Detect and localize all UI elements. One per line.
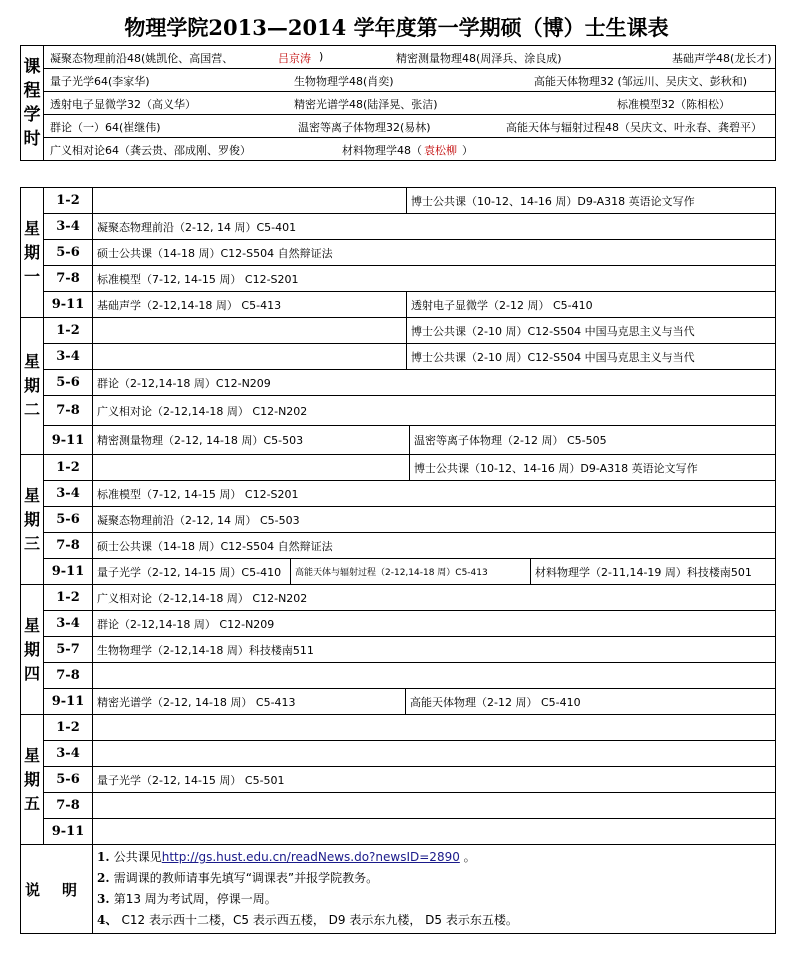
course-hours-row: 量子光学64(李家华)生物物理学48(肖奕)高能天体物理32 (邹远川、吴庆文、… bbox=[21, 69, 776, 92]
period-label: 5-6 bbox=[44, 240, 93, 266]
notes-row: 说明1. 公共课见http://gs.hust.edu.cn/readNews.… bbox=[21, 845, 776, 934]
course-entry: ） bbox=[462, 142, 473, 158]
schedule-row: 7-8标准模型（7-12, 14-15 周） C12-S201 bbox=[21, 266, 776, 292]
day-char: 期 bbox=[21, 241, 43, 265]
course-entry: 吕京涛 bbox=[278, 50, 311, 66]
schedule-row: 5-6凝聚态物理前沿（2-12, 14 周） C5-503 bbox=[21, 507, 776, 533]
period-label: 7-8 bbox=[44, 396, 93, 426]
class-cell: 标准模型（7-12, 14-15 周） C12-S201 bbox=[93, 266, 776, 292]
class-cell: 群论（2-12,14-18 周）C12-N209 bbox=[93, 370, 776, 396]
schedule-row: 9-11基础声学（2-12,14-18 周） C5-413透射电子显微学（2-1… bbox=[21, 292, 776, 318]
course-entry: 精密光谱学48(陆泽晃、张洁) bbox=[294, 96, 438, 112]
course-entry: 凝聚态物理前沿48(姚凯伦、高国营、 bbox=[50, 50, 233, 66]
period-label: 7-8 bbox=[44, 663, 93, 689]
schedule-row: 5-6硕士公共课（14-18 周）C12-S504 自然辩证法 bbox=[21, 240, 776, 266]
day-char: 期 bbox=[21, 374, 43, 398]
day-char: 四 bbox=[21, 662, 43, 686]
empty-slot bbox=[93, 741, 761, 766]
period-label: 9-11 bbox=[44, 292, 93, 318]
schedule-row: 星期五1-2 bbox=[21, 715, 776, 741]
class-cell bbox=[93, 741, 776, 767]
note-item: 1. 公共课见http://gs.hust.edu.cn/readNews.do… bbox=[97, 847, 771, 868]
period-label: 7-8 bbox=[44, 266, 93, 292]
class-cell: 精密光谱学（2-12, 14-18 周） C5-413高能天体物理（2-12 周… bbox=[93, 689, 776, 715]
period-label: 5-6 bbox=[44, 370, 93, 396]
class-entry: 博士公共课（10-12、14-16 周）D9-A318 英语论文写作 bbox=[409, 455, 761, 480]
schedule-row: 3-4凝聚态物理前沿（2-12, 14 周）C5-401 bbox=[21, 214, 776, 240]
class-entry: 生物物理学（2-12,14-18 周）科技楼南511 bbox=[93, 637, 761, 662]
course-entry: 透射电子显微学32（高义华） bbox=[50, 96, 196, 112]
empty-slot bbox=[93, 793, 761, 818]
course-entry: 群论（一）64(崔继伟) bbox=[50, 119, 161, 135]
class-cell: 凝聚态物理前沿（2-12, 14 周） C5-503 bbox=[93, 507, 776, 533]
course-entry: 标准模型32（陈相松） bbox=[617, 96, 730, 112]
day-label: 星期四 bbox=[21, 585, 44, 715]
class-entry: 精密光谱学（2-12, 14-18 周） C5-413 bbox=[93, 689, 405, 714]
course-hours-line: 广义相对论64（龚云贵、邵成刚、罗俊）材料物理学48（袁松柳） bbox=[44, 138, 775, 160]
class-cell: 群论（2-12,14-18 周） C12-N209 bbox=[93, 611, 776, 637]
day-char: 期 bbox=[21, 508, 43, 532]
note-number: 4、 bbox=[97, 913, 122, 927]
schedule-row: 3-4博士公共课（2-10 周）C12-S504 中国马克思主义与当代 bbox=[21, 344, 776, 370]
class-entry: 标准模型（7-12, 14-15 周） C12-S201 bbox=[93, 266, 761, 291]
period-label: 9-11 bbox=[44, 819, 93, 845]
notes-cell: 1. 公共课见http://gs.hust.edu.cn/readNews.do… bbox=[93, 845, 776, 934]
class-cell: 广义相对论（2-12,14-18 周） C12-N202 bbox=[93, 585, 776, 611]
class-entry: 博士公共课（2-10 周）C12-S504 中国马克思主义与当代 bbox=[406, 318, 761, 343]
class-cell bbox=[93, 819, 776, 845]
course-hours-row: 课程学时凝聚态物理前沿48(姚凯伦、高国营、吕京涛)精密测量物理48(周泽兵、涂… bbox=[21, 46, 776, 69]
period-label: 3-4 bbox=[44, 214, 93, 240]
day-char: 三 bbox=[21, 532, 43, 556]
period-label: 1-2 bbox=[44, 585, 93, 611]
course-entry: ) bbox=[319, 50, 323, 63]
class-cell: 生物物理学（2-12,14-18 周）科技楼南511 bbox=[93, 637, 776, 663]
class-cell: 广义相对论（2-12,14-18 周） C12-N202 bbox=[93, 396, 776, 426]
empty-slot bbox=[93, 715, 761, 740]
empty-slot bbox=[93, 455, 409, 480]
empty-slot bbox=[93, 318, 406, 343]
day-char: 二 bbox=[21, 398, 43, 422]
note-text: 第13 周为考试周，停课一周。 bbox=[114, 892, 277, 906]
day-char: 期 bbox=[21, 638, 43, 662]
schedule-row: 3-4标准模型（7-12, 14-15 周） C12-S201 bbox=[21, 481, 776, 507]
schedule-row: 9-11精密测量物理（2-12, 14-18 周）C5-503温密等离子体物理（… bbox=[21, 426, 776, 455]
note-item: 4、 C12 表示西十二楼，C5 表示西五楼， D9 表示东九楼， D5 表示东… bbox=[97, 910, 771, 931]
period-label: 5-6 bbox=[44, 507, 93, 533]
schedule-row: 3-4 bbox=[21, 741, 776, 767]
schedule-row: 7-8硕士公共课（14-18 周）C12-S504 自然辩证法 bbox=[21, 533, 776, 559]
day-char: 星 bbox=[21, 744, 43, 768]
course-hours-line: 透射电子显微学32（高义华）精密光谱学48(陆泽晃、张洁)标准模型32（陈相松） bbox=[44, 92, 775, 114]
note-text: 需调课的教师请事先填写“调课表”并报学院教务。 bbox=[114, 871, 378, 885]
class-entry: 凝聚态物理前沿（2-12, 14 周） C5-503 bbox=[93, 507, 761, 532]
note-item: 3. 第13 周为考试周，停课一周。 bbox=[97, 889, 771, 910]
course-hours-line: 量子光学64(李家华)生物物理学48(肖奕)高能天体物理32 (邹远川、吴庆文、… bbox=[44, 69, 775, 91]
course-entry: 材料物理学48（ bbox=[342, 142, 422, 158]
schedule-row: 5-6量子光学（2-12, 14-15 周） C5-501 bbox=[21, 767, 776, 793]
day-label: 星期二 bbox=[21, 318, 44, 455]
class-cell: 硕士公共课（14-18 周）C12-S504 自然辩证法 bbox=[93, 240, 776, 266]
class-entry: 群论（2-12,14-18 周）C12-N209 bbox=[93, 370, 761, 395]
course-entry: 袁松柳 bbox=[424, 142, 457, 158]
period-label: 9-11 bbox=[44, 689, 93, 715]
course-entry: 精密测量物理48(周泽兵、涂良成) bbox=[396, 50, 562, 66]
period-label: 5-7 bbox=[44, 637, 93, 663]
note-text: 公共课见 bbox=[114, 850, 162, 864]
day-char: 一 bbox=[21, 265, 43, 289]
day-char: 星 bbox=[21, 350, 43, 374]
course-entry: 温密等离子体物理32(易林) bbox=[298, 119, 431, 135]
class-cell bbox=[93, 793, 776, 819]
day-label: 星期三 bbox=[21, 455, 44, 585]
course-hours-table: 课程学时凝聚态物理前沿48(姚凯伦、高国营、吕京涛)精密测量物理48(周泽兵、涂… bbox=[20, 45, 776, 161]
schedule-row: 星期二1-2博士公共课（2-10 周）C12-S504 中国马克思主义与当代 bbox=[21, 318, 776, 344]
course-entry: 量子光学64(李家华) bbox=[50, 73, 150, 89]
empty-slot bbox=[93, 819, 761, 844]
day-char: 星 bbox=[21, 484, 43, 508]
notice-link[interactable]: http://gs.hust.edu.cn/readNews.do?newsID… bbox=[162, 850, 460, 864]
class-entry: 广义相对论（2-12,14-18 周） C12-N202 bbox=[93, 396, 761, 425]
course-hours-row: 群论（一）64(崔继伟)温密等离子体物理32(易林)高能天体与辐射过程48（吴庆… bbox=[21, 115, 776, 138]
period-label: 7-8 bbox=[44, 533, 93, 559]
schedule-row: 9-11量子光学（2-12, 14-15 周）C5-410高能天体与辐射过程（2… bbox=[21, 559, 776, 585]
period-label: 3-4 bbox=[44, 611, 93, 637]
period-label: 1-2 bbox=[44, 318, 93, 344]
note-text: 。 bbox=[460, 850, 476, 864]
day-char: 星 bbox=[21, 217, 43, 241]
schedule-row: 星期一1-2博士公共课（10-12、14-16 周）D9-A318 英语论文写作 bbox=[21, 188, 776, 214]
empty-slot bbox=[93, 344, 406, 369]
class-cell: 博士公共课（2-10 周）C12-S504 中国马克思主义与当代 bbox=[93, 344, 776, 370]
label-char: 学 bbox=[21, 103, 43, 127]
day-char: 星 bbox=[21, 614, 43, 638]
notes-label: 说明 bbox=[21, 845, 93, 934]
course-entry: 基础声学48(龙长才) bbox=[672, 50, 772, 66]
schedule-row: 3-4群论（2-12,14-18 周） C12-N209 bbox=[21, 611, 776, 637]
class-entry: 博士公共课（10-12、14-16 周）D9-A318 英语论文写作 bbox=[406, 188, 761, 213]
period-label: 1-2 bbox=[44, 455, 93, 481]
day-char: 五 bbox=[21, 792, 43, 816]
empty-slot bbox=[93, 663, 761, 688]
class-cell: 凝聚态物理前沿（2-12, 14 周）C5-401 bbox=[93, 214, 776, 240]
class-entry: 材料物理学（2-11,14-19 周）科技楼南501 bbox=[530, 559, 761, 584]
class-entry: 量子光学（2-12, 14-15 周）C5-410 bbox=[93, 559, 290, 584]
note-number: 2. bbox=[97, 871, 114, 885]
note-number: 3. bbox=[97, 892, 114, 906]
weekly-schedule-table: 星期一1-2博士公共课（10-12、14-16 周）D9-A318 英语论文写作… bbox=[20, 187, 776, 934]
course-hours-line: 群论（一）64(崔继伟)温密等离子体物理32(易林)高能天体与辐射过程48（吴庆… bbox=[44, 115, 775, 137]
schedule-row: 5-7生物物理学（2-12,14-18 周）科技楼南511 bbox=[21, 637, 776, 663]
course-hours-row: 透射电子显微学32（高义华）精密光谱学48(陆泽晃、张洁)标准模型32（陈相松） bbox=[21, 92, 776, 115]
class-entry: 群论（2-12,14-18 周） C12-N209 bbox=[93, 611, 761, 636]
class-entry: 硕士公共课（14-18 周）C12-S504 自然辩证法 bbox=[93, 240, 761, 265]
page-title: 物理学院2013—2014 学年度第一学期硕（博）士生课表 bbox=[0, 12, 793, 42]
period-label: 7-8 bbox=[44, 793, 93, 819]
day-label: 星期一 bbox=[21, 188, 44, 318]
class-cell: 博士公共课（2-10 周）C12-S504 中国马克思主义与当代 bbox=[93, 318, 776, 344]
schedule-row: 7-8 bbox=[21, 663, 776, 689]
schedule-row: 5-6群论（2-12,14-18 周）C12-N209 bbox=[21, 370, 776, 396]
class-entry: 博士公共课（2-10 周）C12-S504 中国马克思主义与当代 bbox=[406, 344, 761, 369]
class-entry: 硕士公共课（14-18 周）C12-S504 自然辩证法 bbox=[93, 533, 761, 558]
course-hours-line: 凝聚态物理前沿48(姚凯伦、高国营、吕京涛)精密测量物理48(周泽兵、涂良成)基… bbox=[44, 46, 775, 68]
course-hours-label: 课程学时 bbox=[21, 46, 44, 161]
period-label: 5-6 bbox=[44, 767, 93, 793]
course-hours-cell: 透射电子显微学32（高义华）精密光谱学48(陆泽晃、张洁)标准模型32（陈相松） bbox=[44, 92, 776, 115]
period-label: 3-4 bbox=[44, 344, 93, 370]
class-entry: 基础声学（2-12,14-18 周） C5-413 bbox=[93, 292, 406, 317]
period-label: 1-2 bbox=[44, 715, 93, 741]
class-cell: 基础声学（2-12,14-18 周） C5-413透射电子显微学（2-12 周）… bbox=[93, 292, 776, 318]
class-entry: 高能天体与辐射过程（2-12,14-18 周）C5-413 bbox=[290, 559, 530, 584]
class-entry: 精密测量物理（2-12, 14-18 周）C5-503 bbox=[93, 426, 409, 454]
class-cell: 精密测量物理（2-12, 14-18 周）C5-503温密等离子体物理（2-12… bbox=[93, 426, 776, 455]
course-hours-cell: 广义相对论64（龚云贵、邵成刚、罗俊）材料物理学48（袁松柳） bbox=[44, 138, 776, 161]
course-hours-cell: 量子光学64(李家华)生物物理学48(肖奕)高能天体物理32 (邹远川、吴庆文、… bbox=[44, 69, 776, 92]
period-label: 3-4 bbox=[44, 741, 93, 767]
class-cell bbox=[93, 663, 776, 689]
course-entry: 生物物理学48(肖奕) bbox=[294, 73, 394, 89]
class-cell: 博士公共课（10-12、14-16 周）D9-A318 英语论文写作 bbox=[93, 188, 776, 214]
empty-slot bbox=[93, 188, 406, 213]
course-entry: 高能天体与辐射过程48（吴庆文、叶永春、龚碧平） bbox=[506, 119, 762, 135]
class-entry: 凝聚态物理前沿（2-12, 14 周）C5-401 bbox=[93, 214, 761, 239]
note-number: 1. bbox=[97, 850, 114, 864]
class-entry: 标准模型（7-12, 14-15 周） C12-S201 bbox=[93, 481, 761, 506]
class-cell: 标准模型（7-12, 14-15 周） C12-S201 bbox=[93, 481, 776, 507]
class-entry: 透射电子显微学（2-12 周） C5-410 bbox=[406, 292, 761, 317]
course-entry: 高能天体物理32 (邹远川、吴庆文、彭秋和) bbox=[534, 73, 747, 89]
class-entry: 高能天体物理（2-12 周） C5-410 bbox=[405, 689, 761, 714]
label-char: 程 bbox=[21, 79, 43, 103]
period-label: 1-2 bbox=[44, 188, 93, 214]
label-char: 时 bbox=[21, 127, 43, 151]
schedule-row: 7-8广义相对论（2-12,14-18 周） C12-N202 bbox=[21, 396, 776, 426]
course-hours-cell: 群论（一）64(崔继伟)温密等离子体物理32(易林)高能天体与辐射过程48（吴庆… bbox=[44, 115, 776, 138]
class-cell: 硕士公共课（14-18 周）C12-S504 自然辩证法 bbox=[93, 533, 776, 559]
course-hours-row: 广义相对论64（龚云贵、邵成刚、罗俊）材料物理学48（袁松柳） bbox=[21, 138, 776, 161]
period-label: 3-4 bbox=[44, 481, 93, 507]
day-char: 期 bbox=[21, 768, 43, 792]
schedule-row: 星期四1-2广义相对论（2-12,14-18 周） C12-N202 bbox=[21, 585, 776, 611]
schedule-row: 9-11精密光谱学（2-12, 14-18 周） C5-413高能天体物理（2-… bbox=[21, 689, 776, 715]
class-entry: 温密等离子体物理（2-12 周） C5-505 bbox=[409, 426, 761, 454]
note-text: C12 表示西十二楼，C5 表示西五楼， D9 表示东九楼， D5 表示东五楼。 bbox=[122, 913, 518, 927]
class-entry: 广义相对论（2-12,14-18 周） C12-N202 bbox=[93, 585, 761, 610]
course-entry: 广义相对论64（龚云贵、邵成刚、罗俊） bbox=[50, 142, 251, 158]
label-char: 课 bbox=[21, 55, 43, 79]
schedule-row: 9-11 bbox=[21, 819, 776, 845]
schedule-row: 星期三1-2博士公共课（10-12、14-16 周）D9-A318 英语论文写作 bbox=[21, 455, 776, 481]
period-label: 9-11 bbox=[44, 559, 93, 585]
class-cell: 量子光学（2-12, 14-15 周） C5-501 bbox=[93, 767, 776, 793]
period-label: 9-11 bbox=[44, 426, 93, 455]
schedule-row: 7-8 bbox=[21, 793, 776, 819]
course-hours-cell: 凝聚态物理前沿48(姚凯伦、高国营、吕京涛)精密测量物理48(周泽兵、涂良成)基… bbox=[44, 46, 776, 69]
day-label: 星期五 bbox=[21, 715, 44, 845]
class-cell: 博士公共课（10-12、14-16 周）D9-A318 英语论文写作 bbox=[93, 455, 776, 481]
class-entry: 量子光学（2-12, 14-15 周） C5-501 bbox=[93, 767, 761, 792]
note-item: 2. 需调课的教师请事先填写“调课表”并报学院教务。 bbox=[97, 868, 771, 889]
class-cell bbox=[93, 715, 776, 741]
class-cell: 量子光学（2-12, 14-15 周）C5-410高能天体与辐射过程（2-12,… bbox=[93, 559, 776, 585]
